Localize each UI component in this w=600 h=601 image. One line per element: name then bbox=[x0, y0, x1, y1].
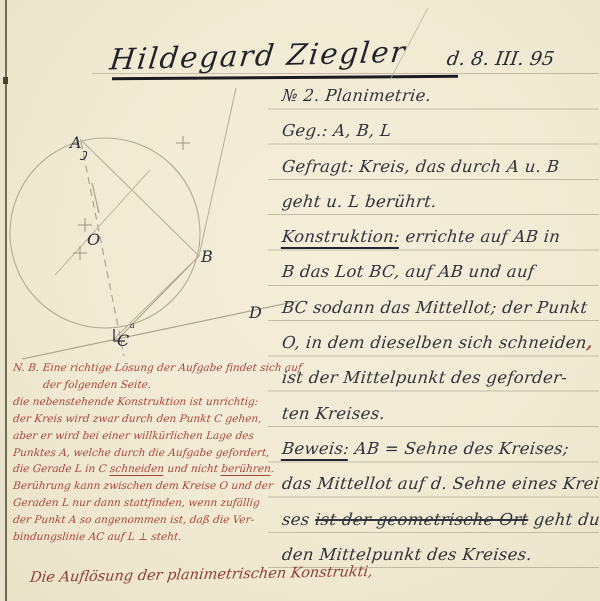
text-line: der Punkt A so angenommen ist, daß die V… bbox=[12, 512, 302, 529]
right-angle-mark bbox=[114, 329, 125, 341]
label-D: D bbox=[248, 303, 262, 322]
text-line: das Mittellot auf d. Sehne eines Krei- bbox=[280, 466, 600, 501]
text-segment: den Mittelpunkt des Kreises. bbox=[281, 545, 533, 564]
construction-circle bbox=[10, 138, 200, 328]
date: d. 8. III. 95 bbox=[445, 48, 555, 70]
text-line: O, in dem dieselben sich schneiden, bbox=[280, 325, 600, 360]
pencil-stroke bbox=[92, 183, 99, 213]
text-line: Gefragt: Kreis, das durch A u. B bbox=[280, 149, 600, 184]
label-angle: a bbox=[130, 321, 135, 330]
text-line: geht u. L berührt. bbox=[280, 184, 600, 219]
segment-BC bbox=[119, 256, 199, 338]
cross-marks bbox=[73, 136, 190, 260]
underlined-text: schneiden bbox=[109, 463, 164, 476]
student-name: Hildegard Ziegler bbox=[108, 33, 452, 76]
text-line: ten Kreises. bbox=[280, 396, 600, 431]
notebook-page: Hildegard Ziegler d. 8. III. 95 bbox=[0, 0, 600, 601]
text-segment: O, in dem dieselben sich schneiden bbox=[281, 333, 588, 352]
text-segment: der Punkt A so angenommen ist, daß die V… bbox=[12, 514, 254, 526]
text-segment: geht durch bbox=[527, 510, 600, 529]
text-line: Berührung kann zwischen dem Kreise O und… bbox=[12, 478, 302, 495]
text-line: ist der Mittelpunkt des geforder- bbox=[280, 360, 600, 395]
label-O: O bbox=[87, 230, 100, 249]
text-segment: Gefragt: Kreis, das durch A u. B bbox=[281, 157, 560, 176]
mark-under-A bbox=[80, 152, 87, 160]
text-line: die Gerade L in C schneiden und nicht be… bbox=[12, 461, 302, 478]
text-line: N. B. Eine richtige Lösung der Aufgabe f… bbox=[12, 360, 302, 377]
text-segment: das Mittellot auf d. Sehne eines Krei- bbox=[281, 474, 600, 493]
text-line: B das Lot BC, auf AB und auf bbox=[280, 254, 600, 289]
text-segment: Geraden L nur dann stattfinden, wenn zuf… bbox=[12, 497, 260, 509]
text-segment: BC sodann das Mittellot; der Punkt bbox=[281, 298, 588, 317]
text-segment: № 2. Planimetrie. bbox=[281, 86, 432, 105]
text-line: der folgenden Seite. bbox=[12, 377, 302, 394]
text-segment: B das Lot BC, auf AB und auf bbox=[281, 262, 535, 281]
text-line: bindungslinie AC auf L ⊥ steht. bbox=[12, 529, 302, 546]
text-segment: AB = Sehne des Kreises; bbox=[348, 439, 570, 458]
text-segment: geht u. L berührt. bbox=[281, 192, 438, 211]
text-segment: . bbox=[270, 463, 275, 475]
text-line: Beweis: AB = Sehne des Kreises; bbox=[280, 431, 600, 466]
page-edge-notch bbox=[3, 77, 8, 84]
text-segment: , bbox=[586, 333, 594, 352]
page-binding-line bbox=[5, 0, 7, 601]
text-segment: Punktes A, welche durch die Aufgabe gefo… bbox=[12, 447, 270, 459]
label-C: C bbox=[117, 331, 129, 350]
text-segment: N. B. Eine richtige Lösung der Aufgabe f… bbox=[12, 362, 302, 374]
text-line: № 2. Planimetrie. bbox=[280, 78, 600, 113]
text-line: Punktes A, welche durch die Aufgabe gefo… bbox=[12, 445, 302, 462]
text-segment: die nebenstehende Konstruktion ist unric… bbox=[12, 396, 258, 408]
text-segment: der Kreis wird zwar durch den Punkt C ge… bbox=[12, 413, 262, 425]
text-line: BC sodann das Mittellot; der Punkt bbox=[280, 290, 600, 325]
label-B: B bbox=[200, 247, 213, 266]
text-segment: errichte auf AB in bbox=[399, 227, 561, 246]
text-line: aber er wird bei einer willkürlichen Lag… bbox=[12, 428, 302, 445]
underlined-text: Konstruktion: bbox=[281, 227, 401, 249]
text-line: ses ist der geometrische Ort geht durch bbox=[280, 502, 600, 537]
line-L bbox=[22, 301, 298, 359]
text-segment: der folgenden Seite. bbox=[42, 379, 151, 391]
bisector-line bbox=[55, 170, 150, 275]
exercise-text: № 2. Planimetrie.Geg.: A, B, LGefragt: K… bbox=[282, 78, 598, 572]
text-segment: aber er wird bei einer willkürlichen Lag… bbox=[12, 430, 254, 442]
text-segment: und nicht bbox=[163, 463, 222, 475]
dashed-line-AC bbox=[81, 142, 124, 356]
text-line: die nebenstehende Konstruktion ist unric… bbox=[12, 394, 302, 411]
text-segment: bindungslinie AC auf L ⊥ steht. bbox=[12, 531, 182, 543]
text-segment: ist der Mittelpunkt des geforder- bbox=[281, 368, 568, 387]
text-segment: Geg.: A, B, L bbox=[281, 121, 392, 140]
struck-text: ist der geometrische Ort bbox=[314, 510, 529, 529]
text-segment: die Gerade L in C bbox=[12, 463, 110, 475]
text-line: der Kreis wird zwar durch den Punkt C ge… bbox=[12, 411, 302, 428]
segment-AB bbox=[80, 139, 199, 256]
label-A: A bbox=[68, 133, 82, 152]
segment-BC2 bbox=[112, 256, 199, 341]
text-line: Konstruktion: errichte auf AB in bbox=[280, 219, 600, 254]
segment-B-up bbox=[199, 88, 236, 256]
correction-note: N. B. Eine richtige Lösung der Aufgabe f… bbox=[13, 360, 301, 546]
text-segment: Berührung kann zwischen dem Kreise O und… bbox=[12, 480, 273, 492]
text-line: Geraden L nur dann stattfinden, wenn zuf… bbox=[12, 495, 302, 512]
underlined-text: berühren bbox=[221, 463, 272, 476]
text-line: Geg.: A, B, L bbox=[280, 113, 600, 148]
